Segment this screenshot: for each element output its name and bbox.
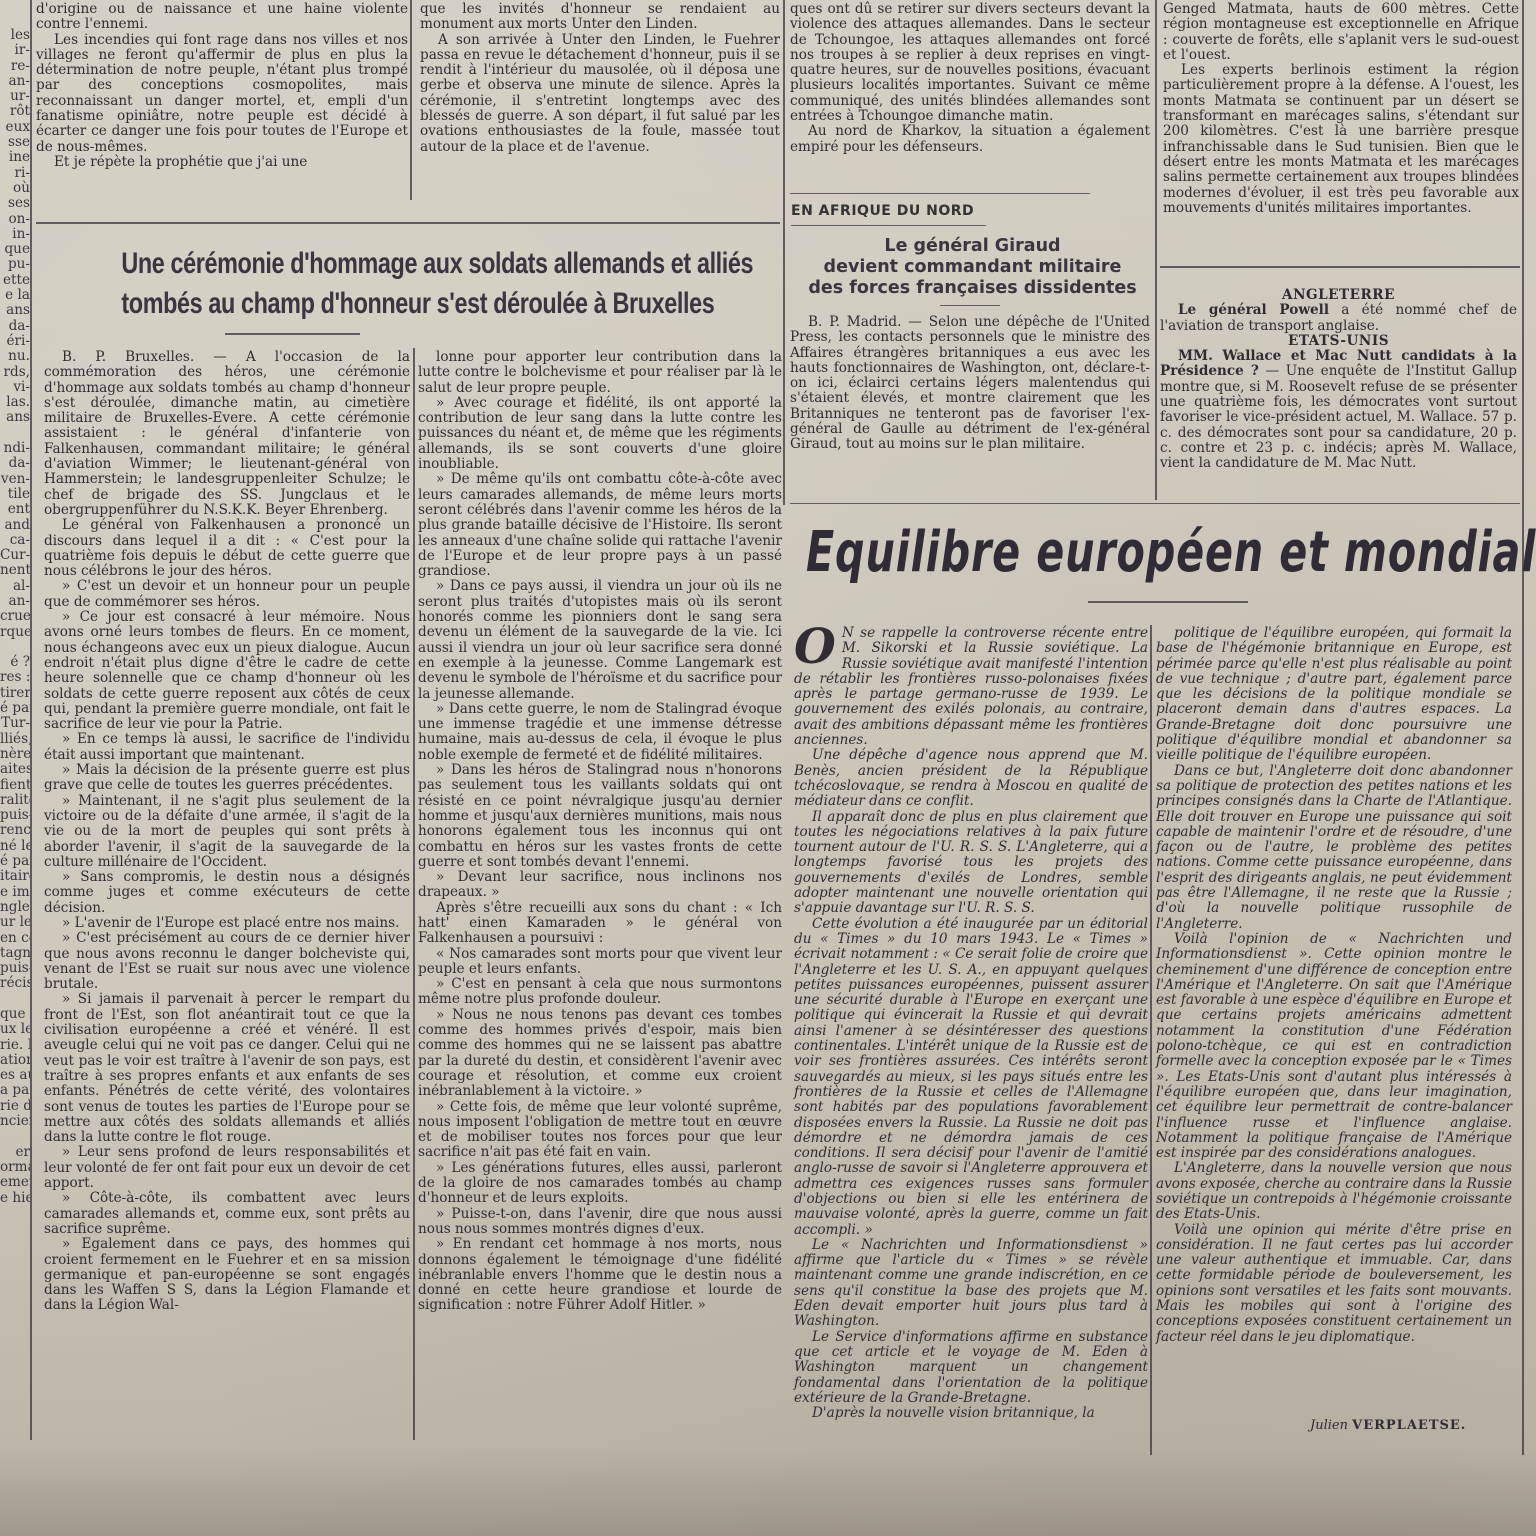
paragraph: Les experts berlinois estiment la région… [1163, 63, 1519, 216]
paragraph: Après s'être recueilli aux sons du chant… [418, 901, 782, 947]
paragraph: B. P. Bruxelles. — A l'occasion de la co… [44, 350, 410, 518]
bruxelles-column-1: B. P. Bruxelles. — A l'occasion de la co… [44, 350, 410, 1314]
newspaper-page: lesir-re-an-ur-rôteuxsseineri-oùseson-in… [0, 0, 1536, 1536]
fragment-line: ans [0, 303, 30, 318]
giraud-body: B. P. Madrid. — Selon une dépêche de l'U… [790, 315, 1150, 453]
paragraph: » C'est en pensant à cela que nous surmo… [418, 977, 782, 1008]
bruxelles-column-2: lonne pour apporter leur contribution da… [418, 350, 782, 1314]
paragraph: ON se rappelle la controverse récente en… [794, 626, 1148, 748]
fragment-line: crue [0, 609, 30, 624]
fragment-line: sse [0, 135, 30, 150]
brief-angleterre-lead: Le général Powell [1178, 302, 1329, 318]
paragraph: » Mais la décision de la présente guerre… [44, 763, 410, 794]
fragment-line: pu- [0, 257, 30, 272]
kicker-underline [791, 225, 986, 226]
headline-line: Le général Giraud [795, 236, 1150, 257]
fragment-line: res : [0, 670, 30, 685]
column-rule [410, 0, 412, 200]
paragraph: » Dans les héros de Stalingrad nous n'ho… [418, 763, 782, 870]
fragment-line: Tur- [0, 716, 30, 731]
paragraph: Voilà l'opinion de « Nachrichten und Inf… [1156, 932, 1512, 1161]
fragment-line: éri- [0, 334, 30, 349]
paragraph: » C'est un devoir et un honneur pour un … [44, 579, 410, 610]
paragraph: Et je répète la prophétie que j'ai une [36, 155, 408, 170]
fragment-line: aites [0, 762, 30, 777]
fragment-line: e hier [0, 1191, 30, 1206]
paragraph: » Devant leur sacrifice, nous inclinons … [418, 870, 782, 901]
paragraph: Le général von Falkenhausen a prononcé u… [44, 518, 410, 579]
giraud-headline: Le général Girauddevient commandant mili… [795, 236, 1150, 299]
fragment-line: rôt [0, 104, 30, 119]
brief-label-etats-unis: ETATS-UNIS [1160, 334, 1517, 349]
paragraph: Le Service d'informations affirme en sub… [794, 1330, 1148, 1406]
column-rule [413, 348, 415, 1440]
paragraph: Le « Nachrichten und Informationsdienst … [794, 1238, 1148, 1330]
fragment-line [0, 992, 30, 1007]
fragment-line: and [0, 518, 30, 533]
fragment-line: tirer [0, 686, 30, 701]
paragraph: » Si jamais il parvenait à percer le rem… [44, 992, 410, 1145]
fragment-line: ur le [0, 915, 30, 930]
fragment-line: ent [0, 502, 30, 517]
fragment-line: an- [0, 74, 30, 89]
fragment-line: tagne [0, 946, 30, 961]
paragraph: Les incendies qui font rage dans nos vil… [36, 33, 408, 155]
fragment-line: ngle- [0, 900, 30, 915]
equilibre-column-1: ON se rappelle la controverse récente en… [794, 626, 1148, 1421]
brief-etats-unis: MM. Wallace et Mac Nutt candidats à la P… [1160, 349, 1517, 471]
fragment-line: nent [0, 563, 30, 578]
author-signature: Julien VERPLAETSE. [1310, 1418, 1466, 1433]
fragment-line: que la [0, 1007, 30, 1022]
fragment-line: rds, [0, 365, 30, 380]
fragment-line: tile [0, 487, 30, 502]
fragment-line: puis- [0, 808, 30, 823]
fragment-line: las. [0, 395, 30, 410]
paragraph: » Dans cette guerre, le nom de Stalingra… [418, 702, 782, 763]
fragment-line: fient [0, 778, 30, 793]
fragment-line: da- [0, 319, 30, 334]
fragment-line: é par [0, 854, 30, 869]
brief-etats-unis-text: — Une enquête de l'Institut Gallup montr… [1160, 363, 1517, 471]
paragraph: » En ce temps là aussi, le sacrifice de … [44, 732, 410, 763]
bruxelles-headline-line-2: tombés au champ d'honneur s'est déroulée… [121, 284, 698, 324]
section-rule [790, 503, 1520, 504]
paragraph: » Puisse-t-on, dans l'avenir, dire que n… [418, 1207, 782, 1238]
news-briefs: ANGLETERRE Le général Powell a été nommé… [1160, 288, 1517, 472]
bruxelles-headline-line-1: Une cérémonie d'hommage aux soldats alle… [121, 244, 698, 284]
paragraph: » Nous ne nous tenons pas devant ces tom… [418, 1008, 782, 1100]
fragment-line: da- [0, 456, 30, 471]
fragment-line: né le [0, 839, 30, 854]
fragment-line: ir- [0, 43, 30, 58]
paragraph: Genged Matmata, hauts de 600 mètres. Cet… [1163, 2, 1519, 63]
section-kicker: EN AFRIQUE DU NORD [791, 203, 974, 219]
paragraph: ques ont dû se retirer sur divers secteu… [790, 2, 1150, 124]
fragment-line: an- [0, 594, 30, 609]
fragment-line: ement [0, 1175, 30, 1190]
fragment-line: e im- [0, 885, 30, 900]
column-rule [783, 0, 785, 505]
paragraph: Une dépêche d'agence nous apprend que M.… [794, 748, 1148, 809]
fragment-line: é par [0, 701, 30, 716]
fragment-line [0, 1129, 30, 1144]
fragment-line: vi- [0, 380, 30, 395]
drop-cap: O [794, 628, 836, 666]
fragment-line: ur- [0, 89, 30, 104]
top-column-2: que les invités d'honneur se rendaient a… [420, 2, 780, 155]
paragraph: » Sans compromis, le destin nous a désig… [44, 870, 410, 916]
section-rule [36, 222, 780, 224]
paragraph: » Avec courage et fidélité, ils ont appo… [418, 396, 782, 472]
fragment-line: puis- [0, 961, 30, 976]
paragraph: lonne pour apporter leur contribution da… [418, 350, 782, 396]
fragment-line: eux [0, 120, 30, 135]
paragraph: L'Angleterre, dans la nouvelle version q… [1156, 1161, 1512, 1222]
fragment-line: ses [0, 196, 30, 211]
top-column-4: Genged Matmata, hauts de 600 mètres. Cet… [1163, 2, 1519, 216]
author-first-name: Julien [1310, 1418, 1348, 1433]
fragment-line: on- [0, 212, 30, 227]
fragment-line: ncien [0, 1114, 30, 1129]
fragment-line: ine [0, 150, 30, 165]
fragment-line: que [0, 242, 30, 257]
headline-underline [940, 305, 1000, 306]
headline-line: des forces françaises dissidentes [795, 278, 1150, 299]
fragment-line: rie. Le [0, 1038, 30, 1053]
equilibre-headline: Equilibre européen et mondial [806, 520, 1536, 585]
column-rule [30, 0, 32, 1440]
fragment-line: ca- [0, 533, 30, 548]
fragment-line: en ce [0, 931, 30, 946]
paragraph: » Egalement dans ce pays, des hommes qui… [44, 1237, 410, 1313]
fragment-line: ndi- [0, 441, 30, 456]
equilibre-column-2: politique de l'équilibre européen, qui f… [1156, 626, 1512, 1345]
cutoff-column-fragments: lesir-re-an-ur-rôteuxsseineri-oùseson-in… [0, 28, 30, 1206]
brief-angleterre: Le général Powell a été nommé chef de l'… [1160, 303, 1517, 334]
paragraph: Au nord de Kharkov, la situation a égale… [790, 124, 1150, 155]
headline-underline [1088, 601, 1248, 603]
section-rule [790, 193, 1090, 194]
fragment-line: lliés, [0, 732, 30, 747]
fragment-line: Cur- [0, 548, 30, 563]
column-rule [1155, 0, 1157, 500]
fragment-line: rie d [0, 1099, 30, 1114]
paragraph: que les invités d'honneur se rendaient a… [420, 2, 780, 33]
fragment-line: ans [0, 410, 30, 425]
fragment-line: récise [0, 976, 30, 991]
fragment-line: re- [0, 59, 30, 74]
column-rule [1522, 0, 1524, 1455]
paragraph: » Les générations futures, elles aussi, … [418, 1161, 782, 1207]
paragraph: » Côte-à-côte, ils combattent avec leurs… [44, 1191, 410, 1237]
paragraph: » Maintenant, il ne s'agit plus seulemen… [44, 794, 410, 870]
headline-line: devient commandant militaire [795, 257, 1150, 278]
author-last-name: VERPLAETSE. [1352, 1418, 1466, 1433]
paragraph: « Nos camarades sont morts pour que vive… [418, 947, 782, 978]
fragment-line: où [0, 181, 30, 196]
paragraph: » Ce jour est consacré à leur mémoire. N… [44, 610, 410, 732]
paragraph: politique de l'équilibre européen, qui f… [1156, 626, 1512, 764]
fragment-line: nu. [0, 349, 30, 364]
fragment-line: in- [0, 227, 30, 242]
paragraph: » Dans ce pays aussi, il viendra un jour… [418, 579, 782, 701]
paragraph: Il apparaît donc de plus en plus clairem… [794, 810, 1148, 917]
bruxelles-headline: Une cérémonie d'hommage aux soldats alle… [40, 244, 780, 324]
paragraph: » Cette fois, de même que leur volonté s… [418, 1100, 782, 1161]
page-shadow [0, 1446, 1536, 1536]
fragment-line: itaire [0, 869, 30, 884]
giraud-body-text: B. P. Madrid. — Selon une dépêche de l'U… [790, 315, 1150, 453]
fragment-line: es au [0, 1068, 30, 1083]
paragraph: A son arrivée à Unter den Linden, le Fue… [420, 33, 780, 155]
column-rule [1150, 625, 1152, 1455]
fragment-line: ette [0, 273, 30, 288]
fragment-line [0, 426, 30, 441]
fragment-line: nères [0, 747, 30, 762]
paragraph: Cette évolution a été inaugurée par un é… [794, 917, 1148, 1238]
fragment-line: rence [0, 823, 30, 838]
fragment-line: ri- [0, 166, 30, 181]
top-column-3: ques ont dû se retirer sur divers secteu… [790, 2, 1150, 155]
fragment-line: a pas [0, 1083, 30, 1098]
paragraph: » L'avenir de l'Europe est placé entre n… [44, 916, 410, 931]
section-rule [1160, 266, 1520, 268]
top-column-1: d'origine ou de naissance et une haine v… [36, 2, 408, 170]
paragraph: » En rendant cet hommage à nos morts, no… [418, 1237, 782, 1313]
fragment-line: ven- [0, 472, 30, 487]
headline-underline [225, 333, 360, 335]
fragment-line: e la [0, 288, 30, 303]
fragment-line [0, 640, 30, 655]
fragment-line: orma- [0, 1160, 30, 1175]
fragment-line: ralité [0, 793, 30, 808]
fragment-line: ations [0, 1053, 30, 1068]
paragraph: D'après la nouvelle vision britannique, … [794, 1406, 1148, 1421]
fragment-line: les [0, 28, 30, 43]
paragraph: Dans ce but, l'Angleterre doit donc aban… [1156, 764, 1512, 932]
fragment-line: ux les [0, 1022, 30, 1037]
paragraph: » De même qu'ils ont combattu côte-à-côt… [418, 472, 782, 579]
paragraph: Voilà une opinion qui mérite d'être pris… [1156, 1223, 1512, 1345]
paragraph: d'origine ou de naissance et une haine v… [36, 2, 408, 33]
fragment-line: er [0, 1145, 30, 1160]
fragment-line: é ? [0, 655, 30, 670]
paragraph: » C'est précisément au cours de ce derni… [44, 931, 410, 992]
fragment-line: al- [0, 579, 30, 594]
brief-label-angleterre: ANGLETERRE [1160, 288, 1517, 303]
fragment-line: rque [0, 625, 30, 640]
paragraph: » Leur sens profond de leurs responsabil… [44, 1145, 410, 1191]
